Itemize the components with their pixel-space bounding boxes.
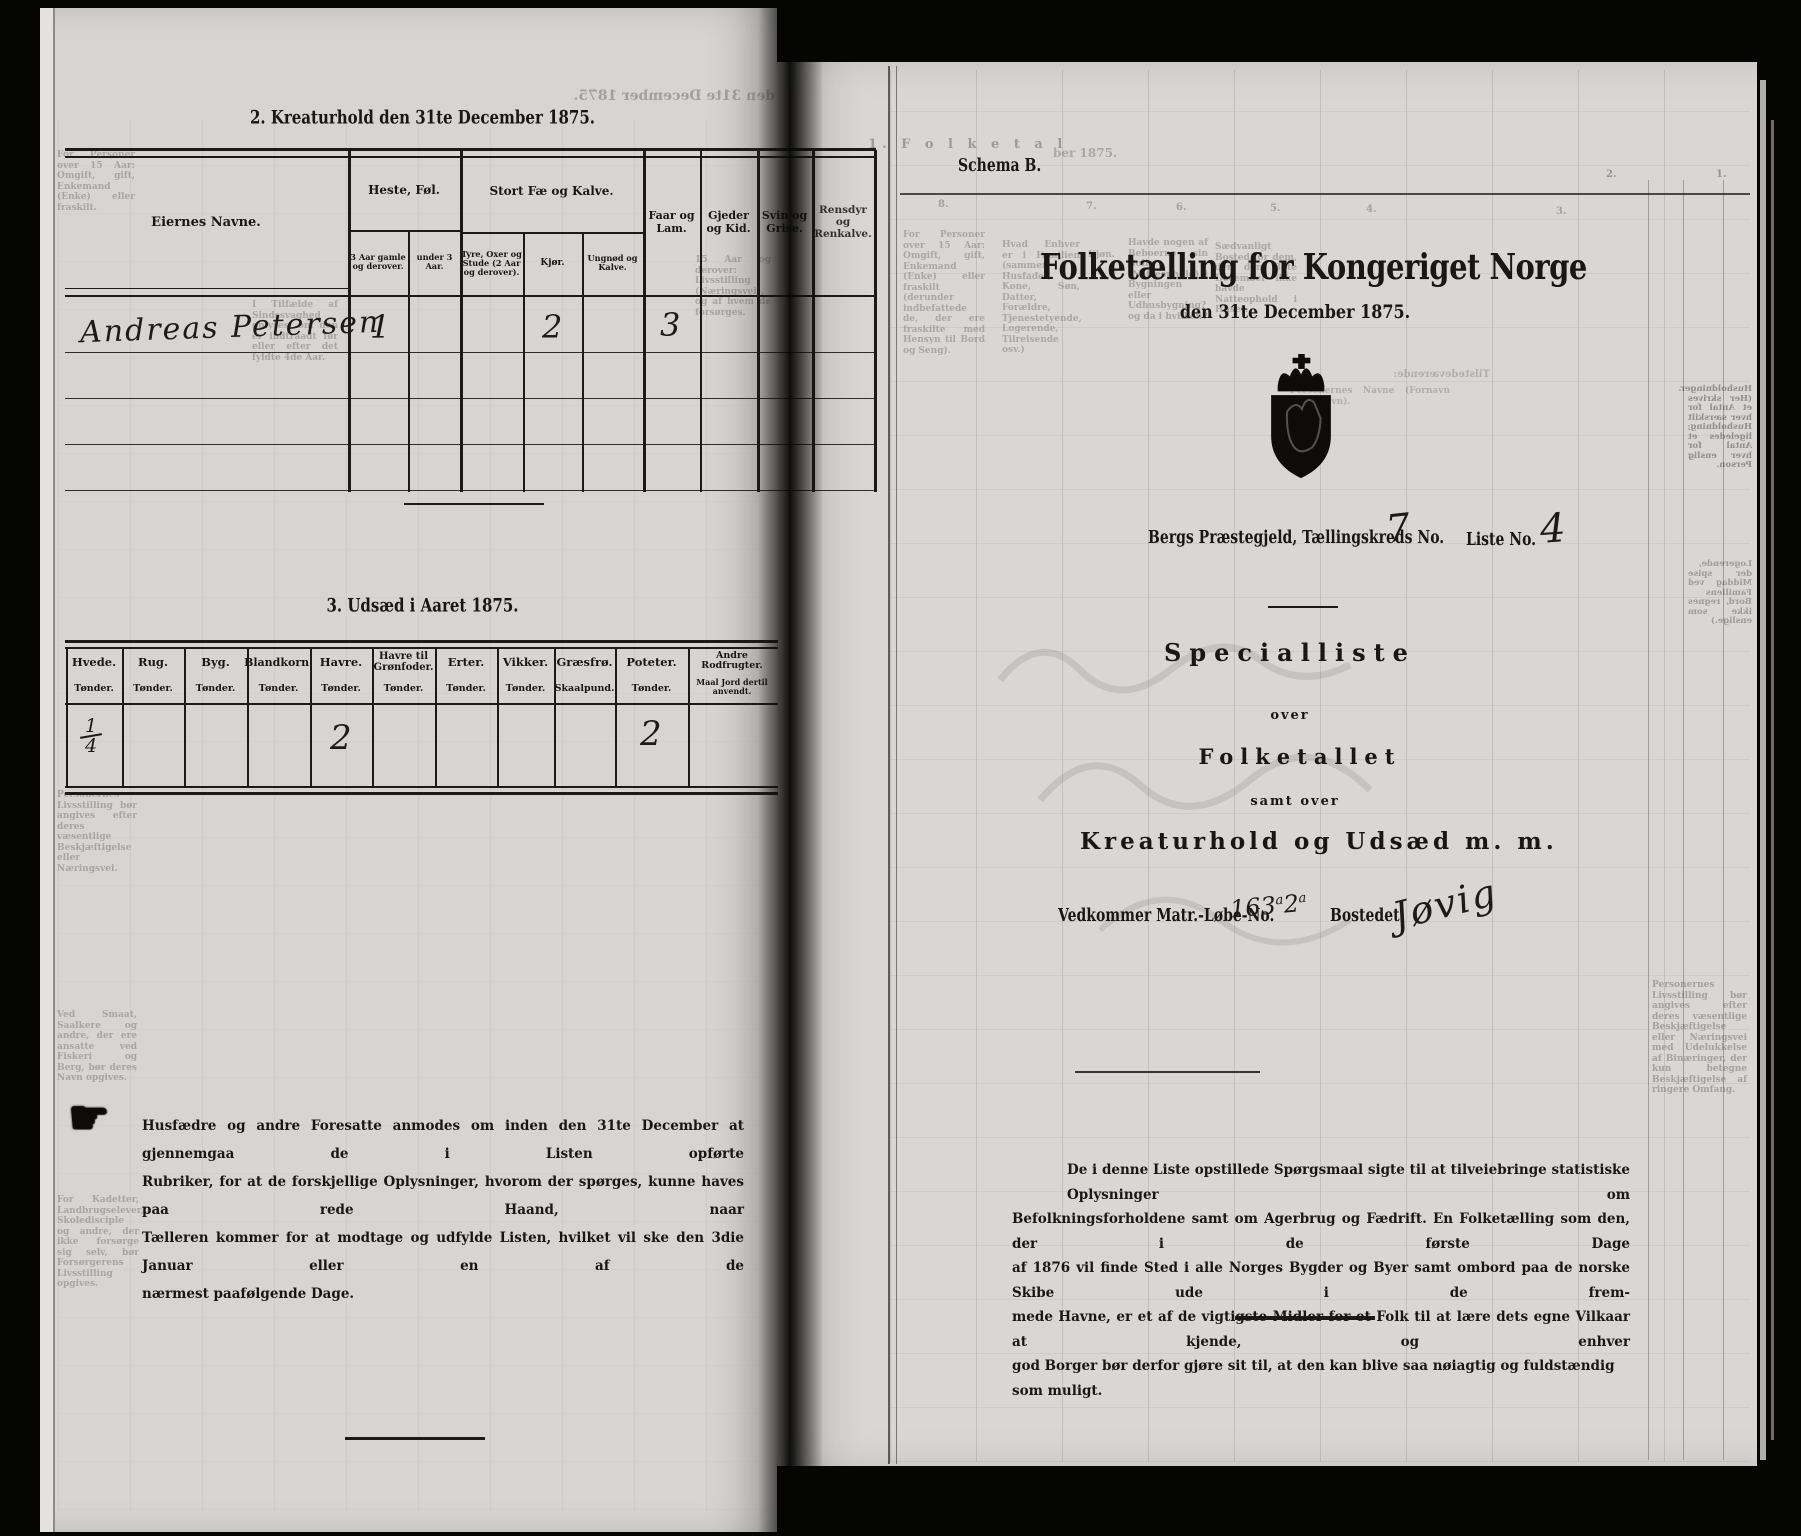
notice-line: nærmest paafølgende Dage. — [142, 1280, 744, 1308]
bleedthrough-text: For Personer over 15 Aar: Omgift, gift, … — [903, 230, 985, 356]
unit-poteter: Tønder. — [615, 678, 688, 698]
bleedthrough-mirrored-text: Logerende, der spise Middag ved Familien… — [1688, 560, 1752, 627]
outer-margin-top — [40, 0, 777, 8]
schema-label: Schema B. — [958, 158, 1041, 174]
kreaturhold-border — [874, 150, 877, 492]
column-header-heste-foel: Heste, Føl. — [350, 152, 458, 228]
column-header-eiernes-navne: Eiernes Navne. — [66, 152, 346, 292]
column-header-rensdyr-renkalve: Rensdyr og Renkalve. — [813, 152, 873, 292]
subheader-kjoer: Kjør. — [524, 234, 581, 292]
notice-line: Rubriker, for at de forskjellige Oplysni… — [142, 1168, 744, 1224]
column-header-faar-og-lam: Faar og Lam. — [644, 152, 699, 292]
matr-sup: a — [1298, 891, 1307, 907]
handwritten-liste-number: 4 — [1538, 505, 1567, 553]
census-main-title: Folketælling for Kongeriget Norge — [1040, 250, 1550, 284]
outer-margin-left — [0, 0, 40, 1536]
schema-rule — [900, 193, 1750, 195]
outer-margin-bottom — [40, 1532, 777, 1536]
bleedthrough-text: Personernes Livsstilling bør angives eft… — [1652, 980, 1747, 1096]
unit-havre-groenfoder: Tønder. — [372, 678, 435, 698]
kreaturhold-title: 2. Kreaturhold den 31te December 1875. — [65, 108, 780, 126]
bleed-column-number: 5. — [1270, 204, 1290, 215]
specialliste-title: Specialliste — [1090, 638, 1490, 667]
bleed-column-number: 7. — [1086, 202, 1106, 213]
norway-coat-of-arms — [1258, 354, 1344, 494]
udsaed-top-rule — [65, 640, 778, 643]
subheader-tyre-oxer-stude: Tyre, Oxer og Stude (2 Aar og derover). — [461, 234, 522, 292]
specialliste-folketallet: Folketallet — [1090, 744, 1510, 769]
unit-graesfroe: Skaalpund. — [554, 678, 615, 698]
notice-paragraph: Husfædre og andre Foresatte anmodes om i… — [142, 1112, 744, 1308]
bleed-column-number: 4. — [1366, 205, 1386, 216]
udsaed-title: 3. Udsæd i Aaret 1875. — [65, 596, 780, 614]
bleedthrough-text: ber 1875. — [1053, 148, 1133, 159]
outer-margin-top-right — [777, 0, 1801, 62]
right-page-inner-edge-line — [888, 66, 890, 1464]
unit-erter: Tønder. — [435, 678, 497, 698]
kreaturhold-header-bottom — [65, 295, 876, 297]
handwritten-poteter-value: 2 — [640, 714, 662, 754]
archive-scan-stage: 2. Kreaturhold den 31te December 1875. E… — [0, 0, 1801, 1536]
hvede-fraction-numerator: 1 — [85, 718, 97, 734]
bleedthrough-mirrored-text: den 31te December 1875. — [555, 88, 775, 104]
column-header-erter: Erter. — [435, 648, 497, 676]
unit-rug: Tønder. — [122, 678, 184, 698]
notice-line: Husfædre og andre Foresatte anmodes om i… — [142, 1112, 744, 1168]
column-header-havre-groenfoder: Havre til Grønfoder. — [372, 646, 435, 678]
column-header-andre-rodfrugter: Andre Rodfrugter. — [688, 646, 776, 676]
unit-byg: Tønder. — [184, 678, 247, 698]
specialliste-kreaturhold: Kreaturhold og Udsæd m. m. — [1080, 828, 1530, 855]
unit-hvede: Tønder. — [66, 678, 122, 698]
specialliste-samt-over: samt over — [1190, 794, 1400, 809]
kreaturhold-row-line — [65, 398, 876, 399]
separator-rule — [404, 503, 544, 505]
intro-line: Befolkningsforholdene samt om Agerbrug o… — [1012, 1207, 1630, 1256]
unit-vikker: Tønder. — [497, 678, 554, 698]
subheader-ungnoed-kalve: Ungnød og Kalve. — [583, 234, 642, 292]
intro-line: mede Havne, er et af de vigtigste Midler… — [1012, 1305, 1630, 1354]
bleed-column-number: 8. — [938, 200, 958, 211]
strip-column-line — [1648, 180, 1649, 1460]
page-edge-streak — [1760, 80, 1766, 1460]
bleed-column-number: 2. — [1606, 170, 1626, 181]
intro-line: god Borger bør derfor gjøre sit til, at … — [1012, 1354, 1630, 1403]
intro-line: af 1876 vil finde Sted i alle Norges Byg… — [1012, 1256, 1630, 1305]
bleedthrough-text: Personernes Livsstilling bør angives eft… — [57, 790, 137, 874]
specialliste-over: over — [1190, 708, 1390, 723]
bleedthrough-text: For Kadetter, Landbrugselever, Skoledisc… — [57, 1195, 139, 1290]
bleedthrough-mirrored-text: Tilstedeværende: — [1360, 370, 1490, 381]
udsaed-header-bottom — [65, 703, 778, 705]
udsaed-bottom-rule-2 — [65, 792, 778, 795]
manicule-icon: ☛ — [68, 1090, 109, 1144]
right-page-inner-edge-line — [896, 66, 897, 1464]
udsaed-bottom-rule — [65, 786, 778, 788]
handwritten-hvede-value: 1 4 — [80, 718, 102, 754]
column-header-stort-fae: Stort Fæ og Kalve. — [462, 152, 641, 230]
kreaturhold-row-line — [65, 490, 876, 491]
handwritten-havre-value: 2 — [330, 718, 352, 758]
liste-no-label: Liste No. — [1466, 532, 1536, 548]
column-header-svin-og-grise: Svin og Grise. — [758, 152, 811, 292]
district-rule — [1268, 606, 1338, 608]
column-header-gjeder-og-kid: Gjeder og Kid. — [701, 152, 756, 292]
subheader-under-3-aar: under 3 Aar. — [410, 232, 459, 292]
kreaturhold-row-line — [65, 444, 876, 445]
left-page-bottom-rule — [345, 1437, 485, 1440]
handwritten-kreds-number: 7 — [1384, 505, 1413, 551]
bleedthrough-text: Ved Smaat, Saalkere og andre, der ere an… — [57, 1010, 137, 1084]
handwritten-faar-value: 3 — [660, 306, 680, 344]
hvede-fraction-denominator: 4 — [85, 738, 97, 754]
bleed-column-number: 1. — [1716, 170, 1736, 181]
handwritten-kjoer-value: 2 — [542, 308, 562, 346]
mid-rule — [1075, 1071, 1260, 1073]
strip-column-line — [1723, 180, 1724, 1460]
column-header-vikker: Vikker. — [497, 648, 554, 676]
subheader-3-aar-og-derover: 3 Aar gamle og derover. — [349, 232, 407, 292]
bleedthrough-mirrored-text: Husholdninger. (Her skrives et Antal for… — [1688, 385, 1752, 471]
matr-part: 163 — [1229, 891, 1277, 923]
strip-column-line — [1683, 180, 1684, 1460]
kreaturhold-row-line — [65, 352, 876, 353]
column-header-havre: Havre. — [310, 648, 372, 676]
census-date-line: den 31te December 1875. — [1140, 302, 1450, 321]
bleed-column-number: 3. — [1556, 207, 1576, 218]
handwritten-heste-value: 1 — [370, 308, 390, 346]
column-header-byg: Byg. — [184, 648, 247, 676]
intro-paragraph: De i denne Liste opstillede Spørgsmaal s… — [1012, 1158, 1630, 1403]
intro-line: De i denne Liste opstillede Spørgsmaal s… — [1012, 1158, 1630, 1207]
kreaturhold-top-rule — [65, 148, 876, 151]
column-header-rug: Rug. — [122, 648, 184, 676]
column-header-poteter: Poteter. — [615, 648, 688, 676]
column-header-graesfroe: Græsfrø. — [554, 648, 615, 676]
unit-andre-rodfrugter: Maal Jord dertil anvendt. — [688, 674, 776, 700]
unit-havre: Tønder. — [310, 678, 372, 698]
page-edge-streak — [1771, 120, 1774, 1440]
outer-margin-bottom-right — [777, 1466, 1801, 1536]
left-page-edge-strip — [40, 6, 55, 1534]
column-header-hvede: Hvede. — [66, 648, 122, 676]
notice-line: Tælleren kommer for at modtage og udfyld… — [142, 1224, 744, 1280]
bleed-column-number: 6. — [1176, 203, 1196, 214]
unit-blandkorn: Tønder. — [247, 678, 310, 698]
column-header-blandkorn: Blandkorn. — [247, 648, 310, 676]
